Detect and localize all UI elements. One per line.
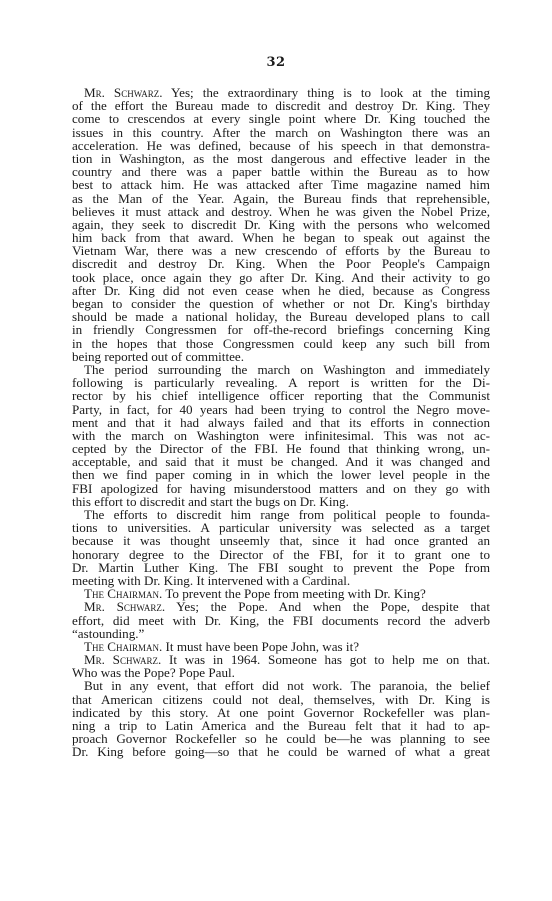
paragraph: Mr. Schwarz. It was in 1964. Someone has… — [72, 653, 490, 679]
paragraph: The period surrounding the march on Wash… — [72, 363, 490, 508]
page-number: 32 — [0, 55, 552, 70]
paragraph: Mr. Schwarz. Yes; the extraordinary thin… — [72, 86, 490, 363]
paragraph: Mr. Schwarz. Yes; the Pope. And when the… — [72, 600, 490, 640]
paragraph: The efforts to discredit him range from … — [72, 508, 490, 587]
hearing-transcript-body: Mr. Schwarz. Yes; the extraordinary thin… — [72, 86, 490, 759]
paragraph: But in any event, that effort did not wo… — [72, 679, 490, 758]
text-line: Dr. King before going—so that he could b… — [72, 745, 490, 758]
line-text: Dr. King before going—so that he could b… — [72, 744, 490, 759]
